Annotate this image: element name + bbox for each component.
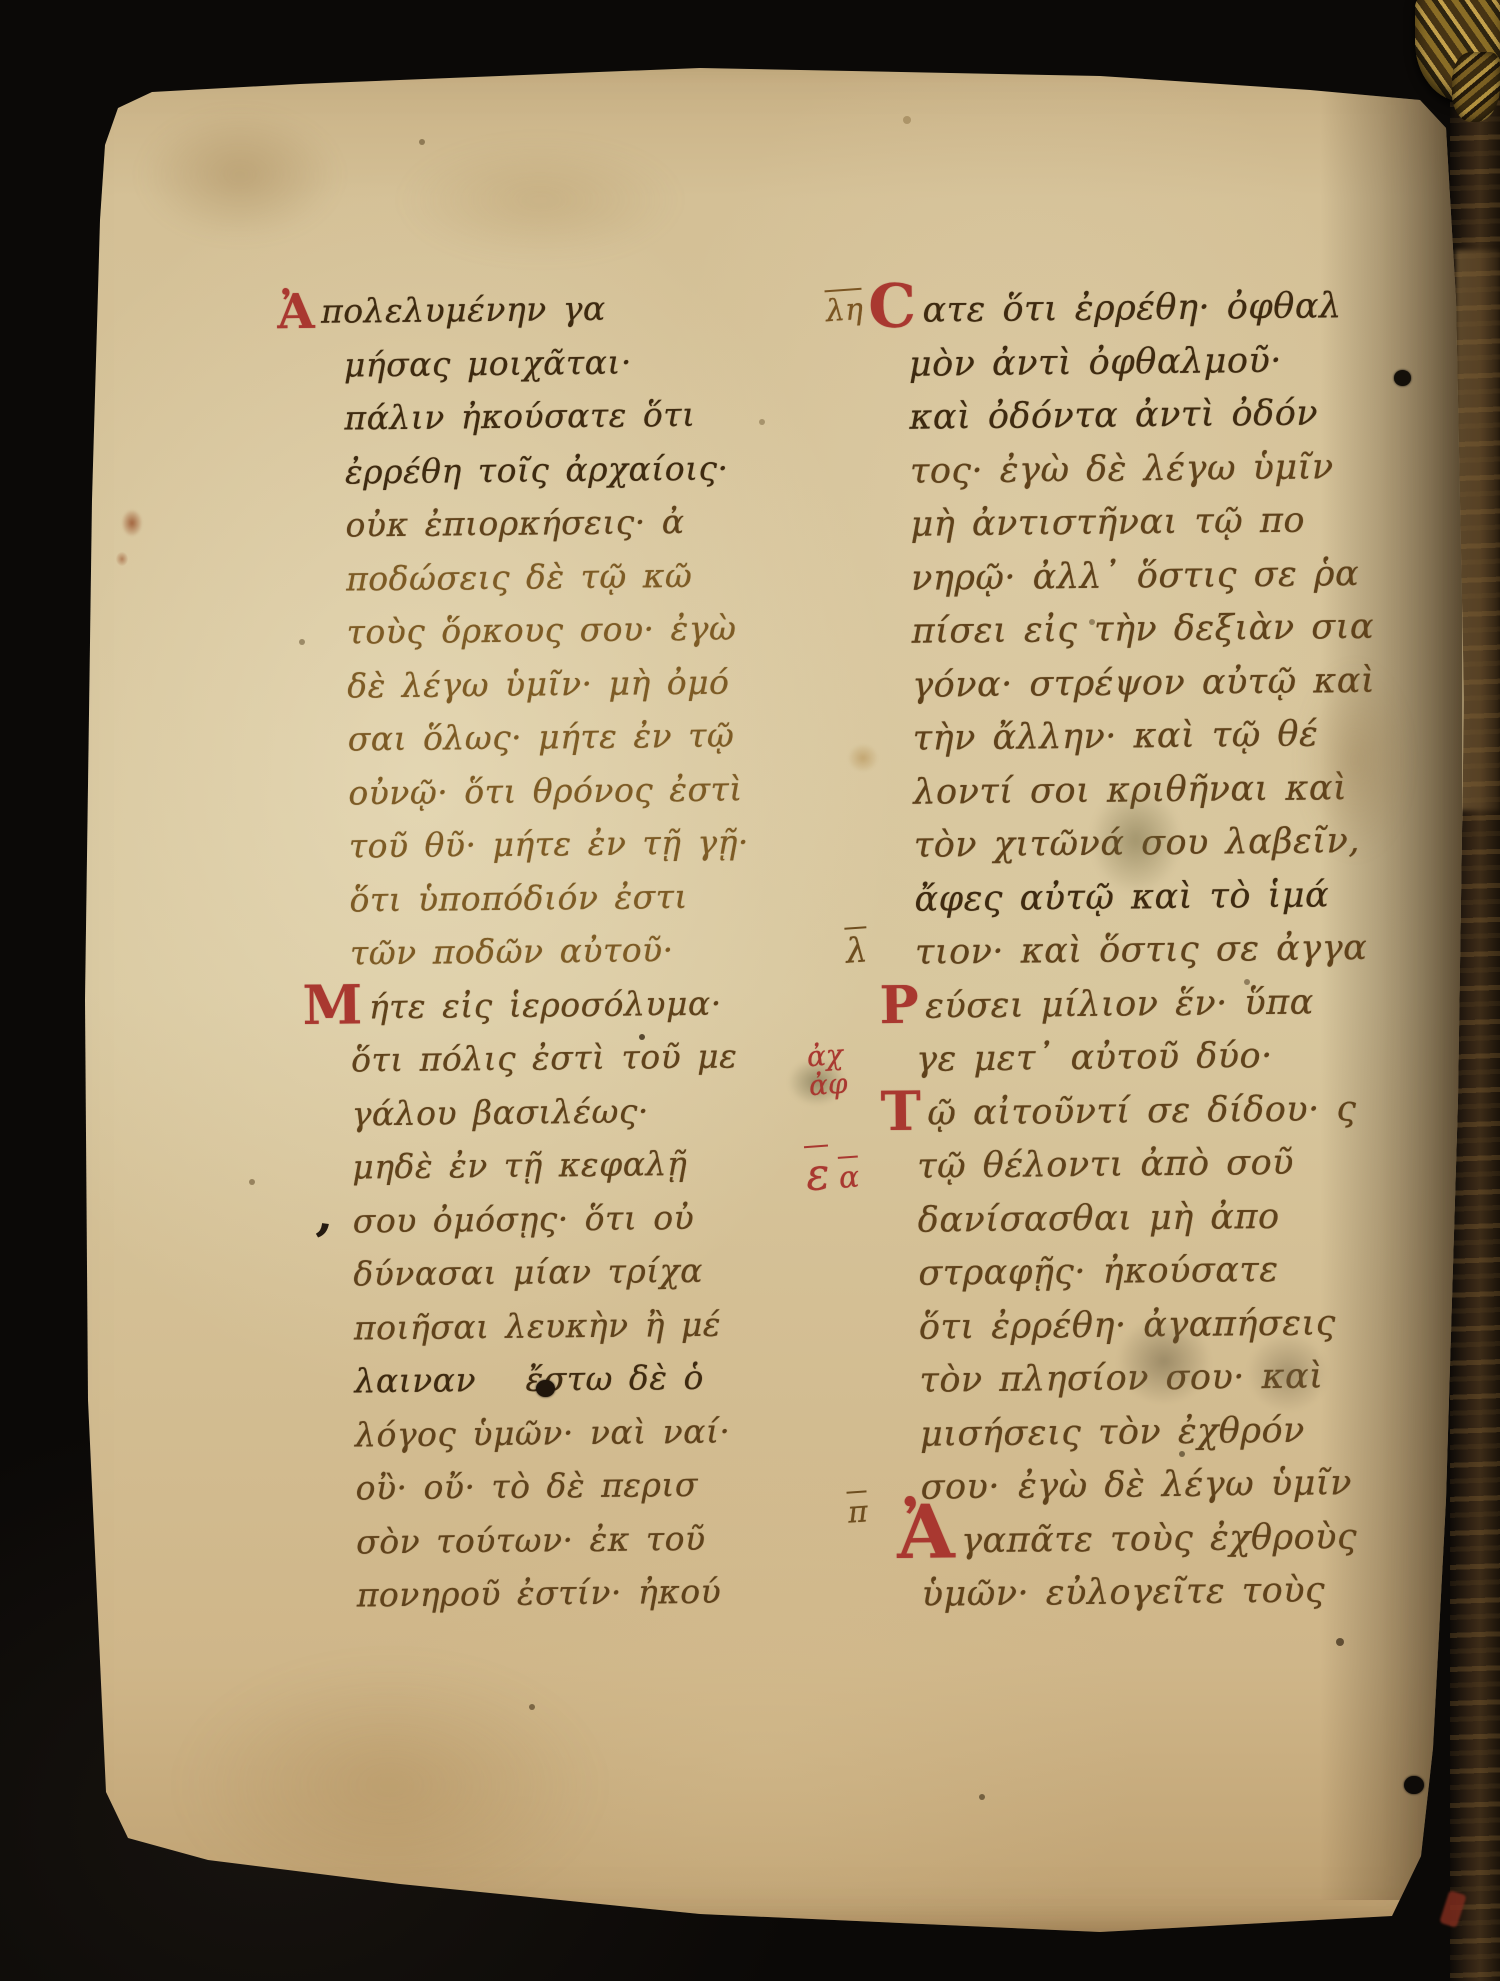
line-text: ἐρρέθη τοῖς ἀρχαίοις·	[345, 448, 729, 491]
text-line: λοντί σοι κριθῆναι καὶ	[913, 761, 1434, 820]
line-text: ποδώσεις δὲ τῷ κῶ	[346, 555, 693, 598]
section-number-lambda-eta: λη	[825, 295, 864, 328]
line-text: τος· ἐγὼ δὲ λέγω ὑμῖν	[910, 447, 1334, 491]
text-line: τος· ἐγὼ δὲ λέγω ὑμῖν	[910, 440, 1431, 499]
line-text: μὴ ἀντιστῆναι τῷ πο	[910, 501, 1305, 545]
rubric-initial: Μ	[303, 1004, 363, 1005]
text-line: οὒ· οὔ· τὸ δὲ περισ	[355, 1456, 836, 1515]
margin-dot	[1394, 370, 1411, 386]
text-column-right: Ϲατε ὅτι ἐρρέθη· ὀφθαλμὸν ἀντὶ ὀφθαλμοῦ·…	[908, 279, 1442, 1622]
text-line: λαιναν ἔστω δὲ ὁ	[354, 1349, 835, 1408]
text-line: οὐνῷ· ὅτι θρόνος ἐστὶ	[348, 761, 829, 820]
line-text: εύσει μίλιον ἕν· ὕπα	[925, 982, 1314, 1026]
text-line: Ἀγαπᾶτε τοὺς ἐχθροὺς	[921, 1510, 1442, 1569]
photo-background: Ἀπολελυμένην γαμήσας μοιχᾶται·πάλιν ἠκού…	[0, 0, 1500, 1981]
text-column-left: Ἀπολελυμένην γαμήσας μοιχᾶται·πάλιν ἠκού…	[343, 280, 837, 1622]
line-text: καὶ ὀδόντα ἀντὶ ὀδόν	[909, 393, 1318, 437]
line-text: ὑμῶν· εὐλογεῖτε τοὺς	[922, 1570, 1326, 1614]
section-number-pi-glyph: π	[846, 1490, 868, 1530]
line-text: τὴν ἄλλην· καὶ τῷ θέ	[913, 714, 1319, 758]
line-text: ὅτι ἐρρέθη· ἀγαπήσεις	[919, 1303, 1336, 1347]
line-text: τὸν χιτῶνά σου λαβεῖν,	[914, 821, 1360, 866]
stain	[848, 744, 878, 772]
stain	[116, 552, 128, 566]
text-line: ἐρρέθη τοῖς ἀρχαίοις·	[345, 440, 826, 499]
lection-note-e-a-glyph: α	[837, 1156, 860, 1196]
text-line: ὑμῶν· εὐλογεῖτε τοὺς	[921, 1563, 1442, 1622]
text-line: ποιῆσαι λευκὴν ἢ μέ	[354, 1296, 835, 1355]
line-text: τιον· καὶ ὅστις σε ἀγγα	[915, 928, 1368, 973]
line-text: μήσας μοιχᾶται·	[344, 342, 632, 384]
text-line: Ϲατε ὅτι ἐρρέθη· ὀφθαλ	[908, 279, 1429, 338]
line-text: γε μετ᾽ αὐτοῦ δύο·	[916, 1036, 1273, 1080]
line-text: γόνα· στρέψον αὐτῷ καὶ	[912, 660, 1375, 705]
margin-comma: ’	[308, 1217, 333, 1271]
line-text: πολελυμένην γα	[321, 289, 606, 331]
line-text: ὅτι ὑποπόδιόν ἐστι	[349, 876, 688, 919]
text-line: ποδώσεις δὲ τῷ κῶ	[346, 547, 827, 606]
line-text: δανίσασθαι μὴ ἀπο	[918, 1196, 1280, 1240]
text-line: Ρεύσει μίλιον ἕν· ὕπα	[915, 975, 1436, 1034]
text-line: τοῦ θῦ· μήτε ἐν τῇ γῇ·	[349, 814, 830, 873]
text-line: τοὺς ὅρκους σου· ἐγὼ	[346, 601, 827, 660]
line-text: γάλου βασιλέως·	[351, 1091, 649, 1133]
text-line: ὅτι ὑποπόδιόν ἐστι	[349, 868, 830, 927]
line-text: τῷ θέλοντι ἀπὸ σοῦ	[917, 1143, 1294, 1187]
text-line: Τῷ αἰτοῦντί σε δίδου· ς	[916, 1082, 1437, 1141]
lection-note-arch: ἀχἀφ	[806, 1041, 848, 1101]
line-text: μηδὲ ἐν τῇ κεφαλῇ	[352, 1144, 687, 1187]
stain	[180, 1660, 600, 1910]
text-line: πίσει εἰς τὴν δεξιὰν σια	[911, 600, 1432, 659]
text-line: δὲ λέγω ὑμῖν· μὴ ὀμό	[347, 654, 828, 713]
line-text: οὒ· οὔ· τὸ δὲ περισ	[355, 1465, 698, 1508]
text-line: τῶν ποδῶν αὐτοῦ·	[350, 921, 831, 980]
line-text: πονηροῦ ἐστίν· ἠκού	[357, 1572, 722, 1615]
line-text: μισήσεις τὸν ἐχθρόν	[920, 1410, 1305, 1454]
line-text: τῶν ποδῶν αὐτοῦ·	[350, 930, 674, 972]
text-line: ἄφες αὐτῷ καὶ τὸ ἱμά	[914, 868, 1435, 927]
line-text: πάλιν ἠκούσατε ὅτι	[344, 395, 695, 438]
line-text: λόγος ὑμῶν· ναὶ ναί·	[355, 1411, 731, 1454]
text-line: στραφῇς· ἠκούσατε	[918, 1242, 1439, 1301]
line-text: ῷ αἰτοῦντί σε δίδου· ς	[927, 1089, 1356, 1133]
text-line: μηδὲ ἐν τῇ κεφαλῇ	[352, 1135, 833, 1194]
lection-note-e-a: εα	[805, 1150, 870, 1199]
line-text: οὐνῷ· ὅτι θρόνος ἐστὶ	[348, 769, 743, 812]
line-text: ὅτι πόλις ἐστὶ τοῦ με	[351, 1036, 738, 1079]
text-line: τὸν πλησίον σου· καὶ	[919, 1349, 1440, 1408]
line-text: σου ὀμόσῃς· ὅτι οὐ	[353, 1197, 695, 1240]
text-line: σου· ἐγὼ δὲ λέγω ὑμῖν	[920, 1456, 1441, 1515]
lection-note-e-a-glyph: ε	[804, 1145, 831, 1202]
text-line: γάλου βασιλέως·	[351, 1082, 832, 1141]
text-line: τὴν ἄλλην· καὶ τῷ θέ	[912, 707, 1433, 766]
line-text: ἄφες αὐτῷ καὶ τὸ ἱμά	[914, 875, 1329, 919]
parchment-specks	[0, 0, 4, 4]
text-line: Ἀπολελυμένην γα	[343, 280, 824, 339]
text-line: σου ὀμόσῃς· ὅτι οὐ	[353, 1189, 834, 1248]
stain	[140, 110, 340, 240]
text-line: νηρῷ· ἀλλ᾽ ὅστις σε ῥα	[911, 547, 1432, 606]
text-line: σὸν τούτων· ἐκ τοῦ	[356, 1510, 837, 1569]
text-line: ὅτι πόλις ἐστὶ τοῦ με	[351, 1028, 832, 1087]
line-text: σου· ἐγὼ δὲ λέγω ὑμῖν	[920, 1463, 1352, 1508]
section-number-lambda-glyph: λ	[844, 926, 869, 971]
line-text: γαπᾶτε τοὺς ἐχθροὺς	[961, 1517, 1357, 1561]
stain	[400, 140, 680, 260]
line-text: ποιῆσαι λευκὴν ἢ μέ	[354, 1304, 721, 1347]
text-line: γε μετ᾽ αὐτοῦ δύο·	[916, 1028, 1437, 1087]
text-line: οὐκ ἐπιορκήσεις· ἀ	[345, 494, 826, 553]
text-line: σαι ὅλως· μήτε ἐν τῷ	[347, 708, 828, 767]
line-text: τὸν πλησίον σου· καὶ	[919, 1356, 1323, 1400]
line-text: δὲ λέγω ὑμῖν· μὴ ὀμό	[347, 662, 730, 705]
rubric-initial: Ἀ	[897, 1532, 955, 1533]
text-line: δανίσασθαι μὴ ἀπο	[918, 1189, 1439, 1248]
endband-knot	[1452, 52, 1500, 122]
line-text: οὐκ ἐπιορκήσεις· ἀ	[345, 502, 684, 545]
section-number-lambda-eta-glyph: λη	[824, 288, 864, 329]
line-text: σὸν τούτων· ἐκ τοῦ	[356, 1518, 706, 1561]
text-line: δύνασαι μίαν τρίχα	[353, 1242, 834, 1301]
line-text: λοντί σοι κριθῆναι καὶ	[913, 768, 1347, 813]
lection-note-arch-glyph: ἀφ	[808, 1069, 848, 1100]
line-text: πίσει εἰς τὴν δεξιὰν σια	[911, 607, 1374, 652]
text-line: τιον· καὶ ὅστις σε ἀγγα	[915, 921, 1436, 980]
text-line: Μήτε εἰς ἱεροσόλυμα·	[350, 975, 831, 1034]
line-text: λαιναν ἔστω δὲ ὁ	[354, 1358, 704, 1401]
text-line: λόγος ὑμῶν· ναὶ ναί·	[355, 1403, 836, 1462]
text-line: μὸν ἀντὶ ὀφθαλμοῦ·	[909, 333, 1430, 392]
line-text: μὸν ἀντὶ ὀφθαλμοῦ·	[909, 340, 1282, 384]
section-number-lambda: λ	[845, 933, 869, 969]
line-text: δύνασαι μίαν τρίχα	[353, 1251, 703, 1294]
text-line: ὅτι ἐρρέθη· ἀγαπήσεις	[919, 1296, 1440, 1355]
line-text: ατε ὅτι ἐρρέθη· ὀφθαλ	[922, 286, 1342, 330]
text-line: γόνα· στρέψον αὐτῷ καὶ	[912, 654, 1433, 713]
text-line: τὸν χιτῶνά σου λαβεῖν,	[914, 814, 1435, 873]
manuscript-page: Ἀπολελυμένην γαμήσας μοιχᾶται·πάλιν ἠκού…	[0, 0, 1500, 1981]
text-line: μὴ ἀντιστῆναι τῷ πο	[910, 493, 1431, 552]
text-line: πάλιν ἠκούσατε ὅτι	[344, 387, 825, 446]
text-line: μήσας μοιχᾶται·	[344, 333, 825, 392]
line-text: τοὺς ὅρκους σου· ἐγὼ	[346, 608, 736, 651]
line-text: στραφῇς· ἠκούσατε	[918, 1250, 1279, 1294]
text-line: μισήσεις τὸν ἐχθρόν	[920, 1403, 1441, 1462]
line-text: ήτε εἰς ἱεροσόλυμα·	[369, 983, 722, 1026]
text-line: καὶ ὀδόντα ἀντὶ ὀδόν	[909, 386, 1430, 445]
stain	[122, 510, 142, 536]
line-text: τοῦ θῦ· μήτε ἐν τῇ γῇ·	[349, 822, 749, 865]
section-number-pi: π	[847, 1497, 869, 1529]
rubric-initial: Ϲ	[868, 307, 916, 308]
line-text: σαι ὅλως· μήτε ἐν τῷ	[348, 715, 735, 758]
text-line: πονηροῦ ἐστίν· ἠκού	[356, 1563, 837, 1622]
text-line: τῷ θέλοντι ἀπὸ σοῦ	[917, 1135, 1438, 1194]
line-text: νηρῷ· ἀλλ᾽ ὅστις σε ῥα	[911, 554, 1359, 599]
